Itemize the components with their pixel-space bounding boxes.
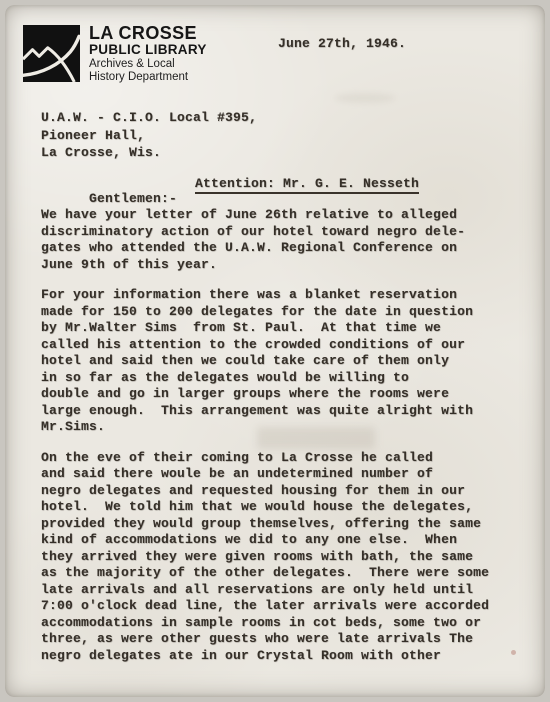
letter-paragraph-2: For your information there was a blanket… (41, 287, 519, 436)
salutation-greeting: Gentlemen:- (89, 191, 177, 206)
library-name-line1: LA CROSSE (89, 25, 207, 42)
library-department-line1: Archives & Local (89, 58, 207, 71)
attention-line: Attention: Mr. G. E. Nesseth (195, 176, 419, 194)
library-logo (23, 25, 80, 82)
letter-body: We have your letter of June 26th relativ… (41, 207, 519, 678)
library-name-line2: PUBLIC LIBRARY (89, 43, 207, 56)
library-wordmark: LA CROSSE PUBLIC LIBRARY Archives & Loca… (89, 25, 207, 83)
paper-smudge (335, 93, 395, 103)
library-department-line2: History Department (89, 71, 207, 84)
letter-paragraph-1: We have your letter of June 26th relativ… (41, 207, 519, 273)
scanned-letter-page: LA CROSSE PUBLIC LIBRARY Archives & Loca… (0, 0, 550, 702)
letter-date: June 27th, 1946. (278, 36, 406, 51)
recipient-address: U.A.W. - C.I.O. Local #395, Pioneer Hall… (41, 109, 257, 162)
library-logo-icon (23, 25, 80, 82)
letter-paper: LA CROSSE PUBLIC LIBRARY Archives & Loca… (5, 5, 545, 697)
letter-paragraph-3: On the eve of their coming to La Crosse … (41, 450, 519, 665)
